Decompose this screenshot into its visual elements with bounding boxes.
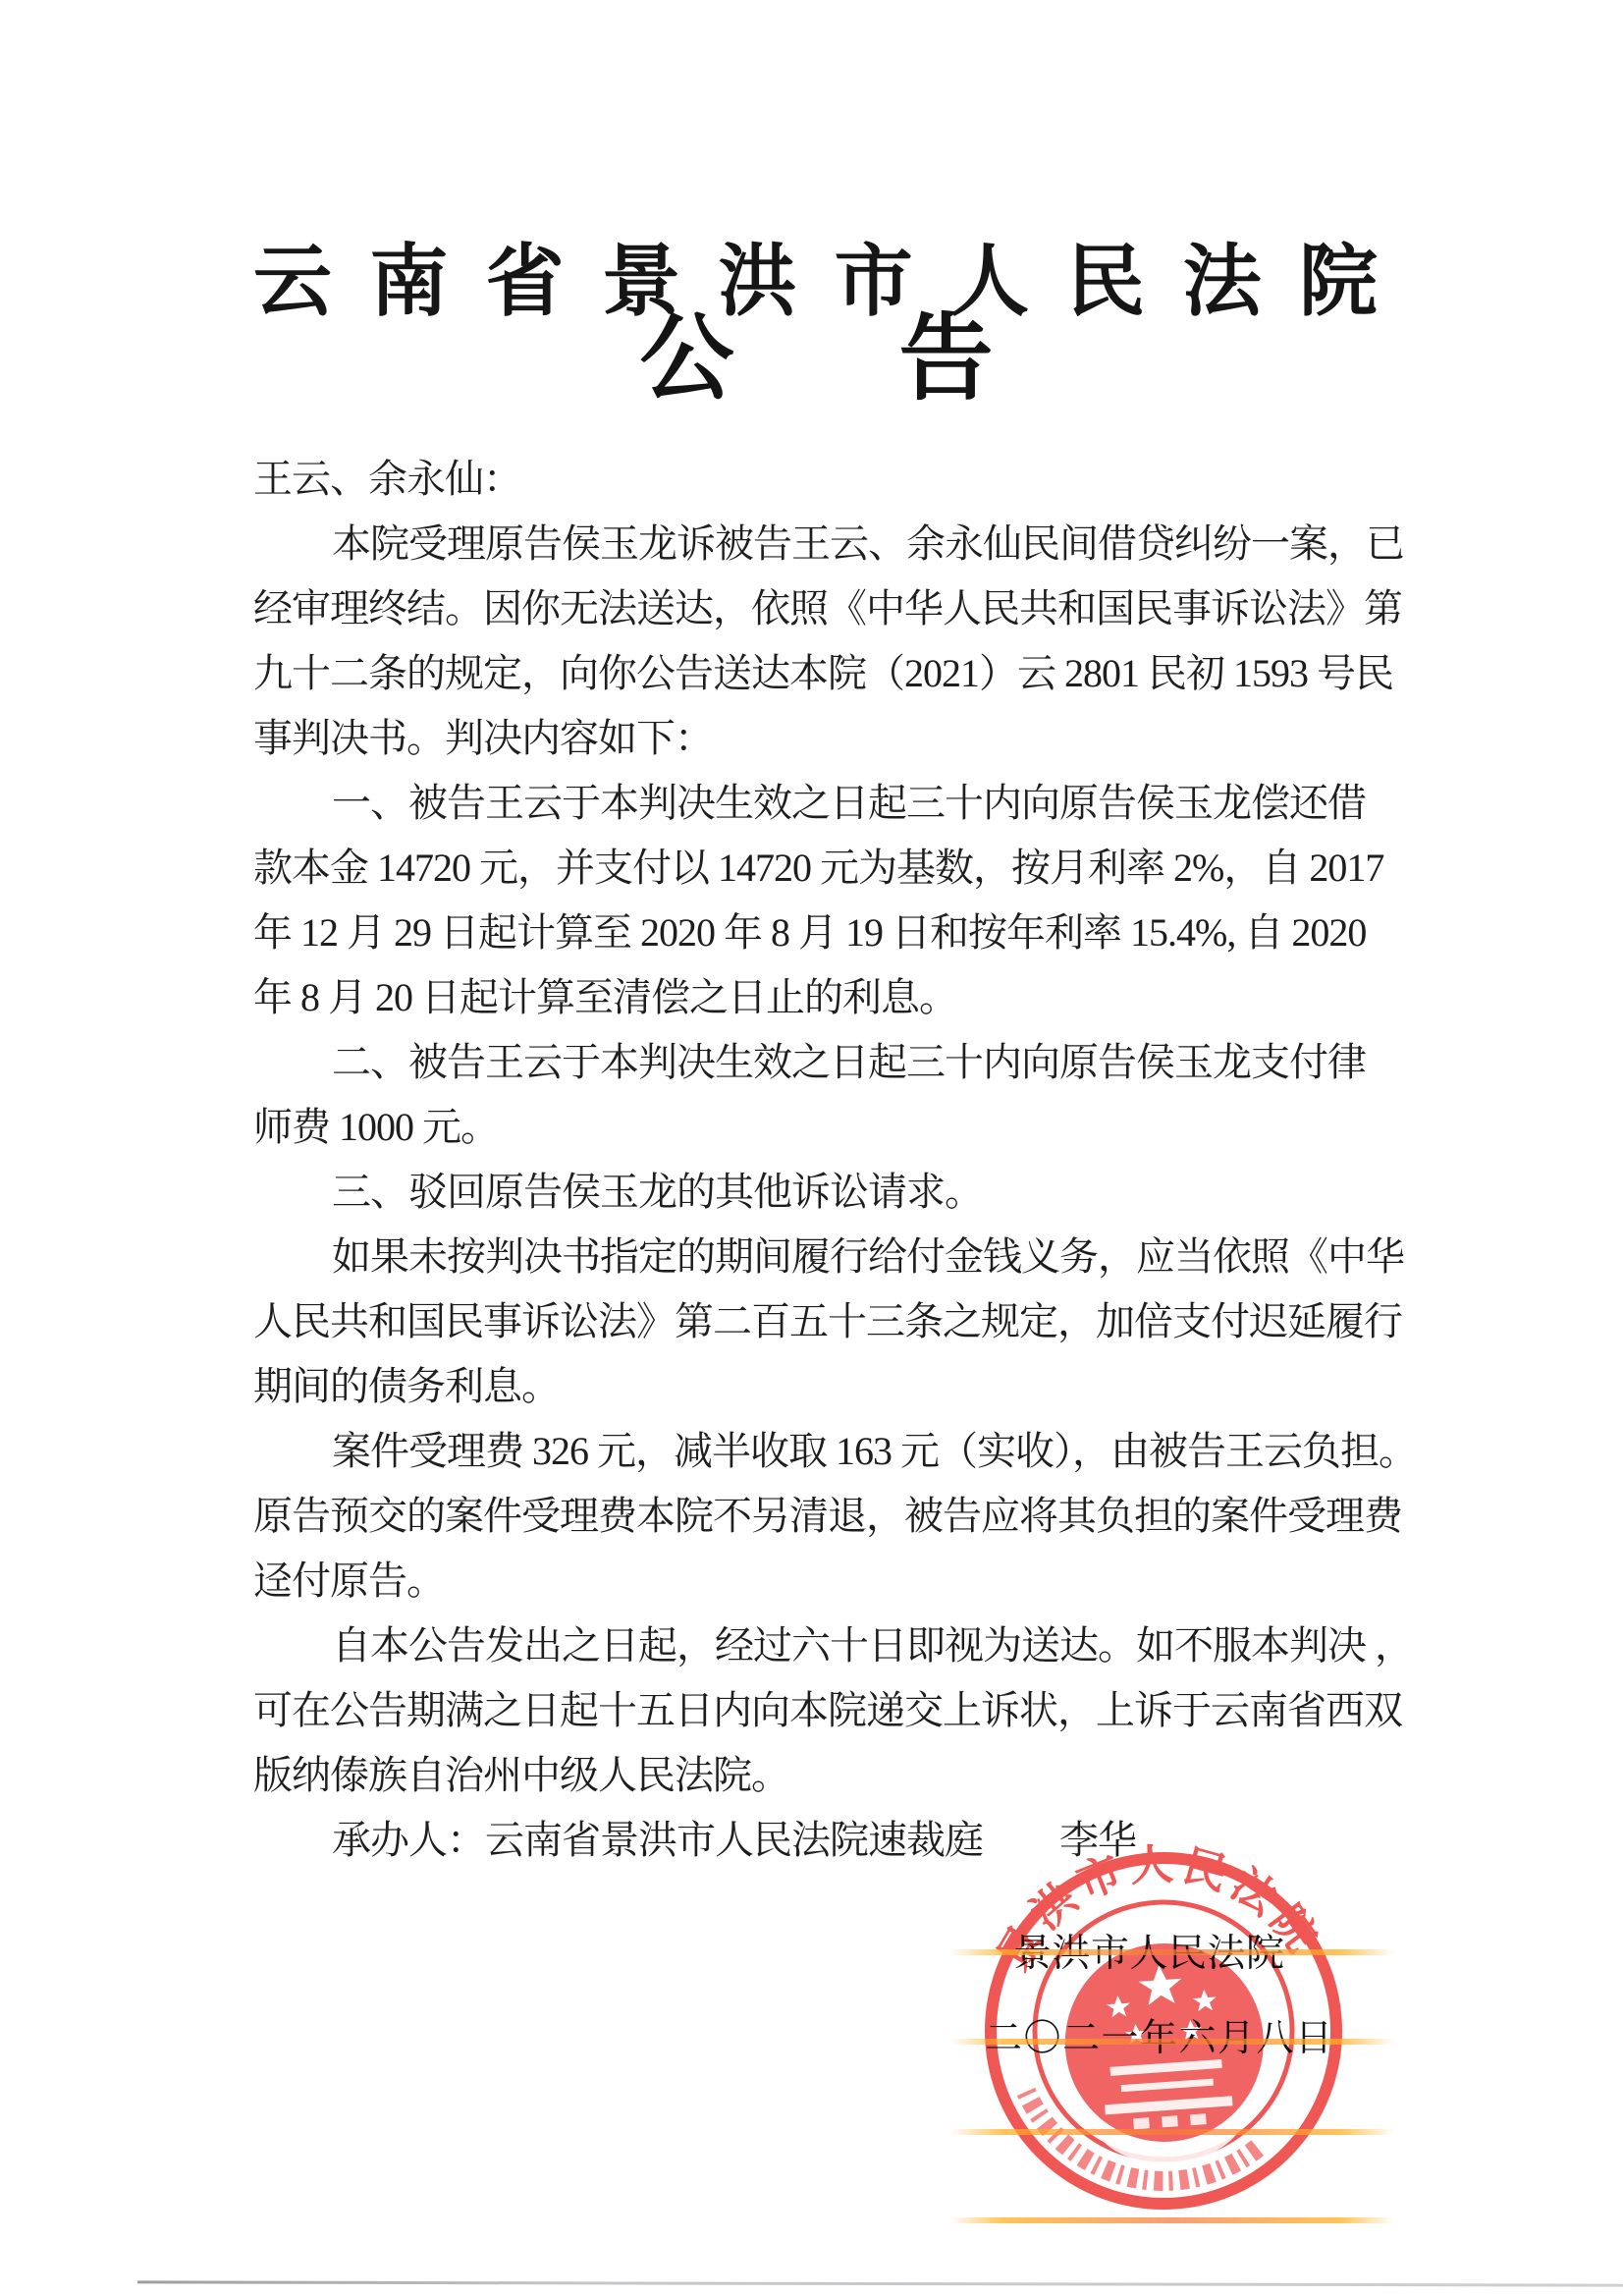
scan-edge-artifact xyxy=(137,2280,1623,2286)
document-line: 九十二条的规定，向你公告送达本院（2021）云 2801 民初 1593 号民 xyxy=(253,641,1407,706)
court-seal: 景洪市人民法院 xyxy=(959,1827,1368,2235)
scan-streak xyxy=(950,2217,1394,2223)
document-line: 年 8 月 20 日起计算至清偿之日止的利息。 xyxy=(253,965,1407,1030)
document-line: 原告预交的案件受理费本院不另清退，被告应将其负担的案件受理费 xyxy=(253,1484,1407,1549)
document-line: 如果未按判决书指定的期间履行给付金钱义务，应当依照《中华 xyxy=(253,1225,1407,1289)
scan-streak xyxy=(950,2039,1394,2045)
document-line: 本院受理原告侯玉龙诉被告王云、余永仙民间借贷纠纷一案，已 xyxy=(253,512,1407,576)
document-line: 自本公告发出之日起，经过六十日即视为送达。如不服本判决 ， xyxy=(253,1613,1407,1678)
document-line: 版纳傣族自治州中级人民法院。 xyxy=(253,1743,1407,1808)
doc-type-char: 告 xyxy=(899,284,994,418)
document-line: 事判决书。判决内容如下： xyxy=(253,706,1407,771)
court-seal-graphic: 景洪市人民法院 xyxy=(959,1827,1368,2235)
doc-type-char: 公 xyxy=(640,284,734,418)
document-line: 案件受理费 326 元，减半收取 163 元（实收），由被告王云负担。 xyxy=(253,1419,1407,1484)
scanned-court-announcement-page: 云南省景洪市人民法院 公告 王云、余永仙：本院受理原告侯玉龙诉被告王云、余永仙民… xyxy=(0,0,1623,2296)
document-line: 款本金 14720 元，并支付以 14720 元为基数，按月利率 2%，自 20… xyxy=(253,836,1407,901)
document-line: 迳付原告。 xyxy=(253,1549,1407,1613)
document-line: 期间的债务利息。 xyxy=(253,1354,1407,1419)
document-line: 二、被告王云于本判决生效之日起三十内向原告侯玉龙支付律 xyxy=(253,1030,1407,1095)
document-line: 三、驳回原告侯玉龙的其他诉讼请求。 xyxy=(253,1160,1407,1225)
doc-type-title: 公告 xyxy=(0,297,1623,405)
body-lines: 王云、余永仙：本院受理原告侯玉龙诉被告王云、余永仙民间借贷纠纷一案，已经审理终结… xyxy=(253,447,1407,1873)
document-line: 可在公告期满之日起十五日内向本院递交上诉状，上诉于云南省西双 xyxy=(253,1678,1407,1743)
document-line: 师费 1000 元。 xyxy=(253,1095,1407,1160)
document-line: 经审理终结。因你无法送达，依照《中华人民共和国民事诉讼法》第 xyxy=(253,576,1407,641)
document-line: 王云、余永仙： xyxy=(253,447,1407,512)
document-line: 年 12 月 29 日起计算至 2020 年 8 月 19 日和按年利率 15.… xyxy=(253,901,1407,965)
document-line: 人民共和国民事诉讼法》第二百五十三条之规定，加倍支付迟延履行 xyxy=(253,1289,1407,1354)
document-line: 一、被告王云于本判决生效之日起三十内向原告侯玉龙偿还借 xyxy=(253,771,1407,836)
scan-streak xyxy=(950,1949,1394,1955)
scan-streak xyxy=(950,2129,1394,2135)
